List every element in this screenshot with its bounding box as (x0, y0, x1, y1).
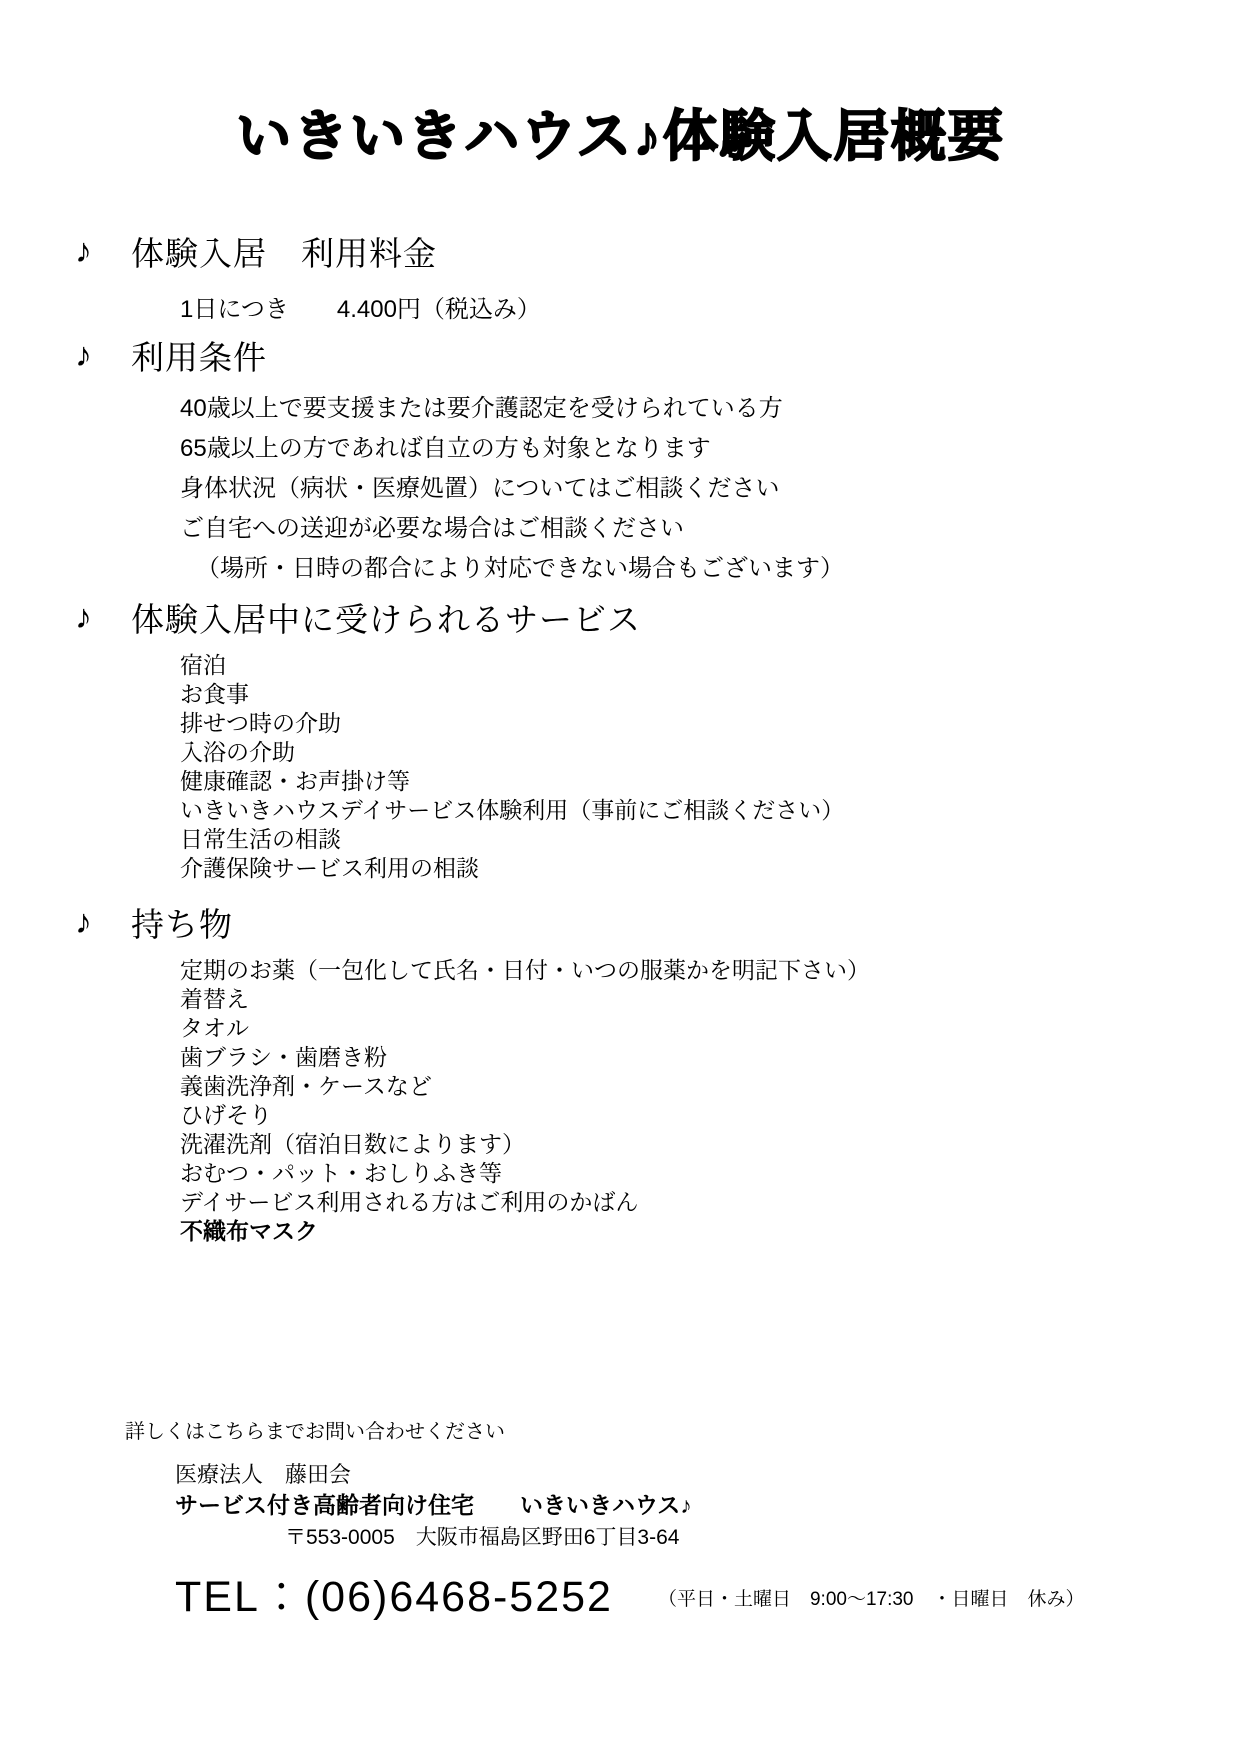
section-heading-text: 利用条件 (131, 332, 267, 379)
organization-name: 医療法人 藤田会 (175, 1458, 351, 1489)
list-item: 着替え (180, 985, 870, 1014)
list-item: デイサービス利用される方はご利用のかばん (180, 1188, 870, 1217)
list-item: タオル (180, 1014, 870, 1043)
section-heading-text: 体験入居 利用料金 (131, 228, 437, 275)
list-item: 40歳以上で要支援または要介護認定を受けられている方 (180, 389, 844, 429)
list-item: （場所・日時の都合により対応できない場合もございます） (180, 549, 844, 589)
list-item: 排せつ時の介助 (180, 709, 844, 738)
section-conditions: ♪ 利用条件 40歳以上で要支援または要介護認定を受けられている方 65歳以上の… (75, 332, 844, 589)
section-heading-text: 持ち物 (131, 899, 233, 946)
document-title: いきいきハウス♪体験入居概要 (0, 92, 1241, 171)
telephone-number: TEL：(06)6468-5252 (175, 1563, 613, 1624)
list-item: ひげそり (180, 1101, 870, 1130)
list-item: 介護保険サービス利用の相談 (180, 854, 844, 883)
list-item: 洗濯洗剤（宿泊日数によります） (180, 1130, 870, 1159)
pricing-line: 1日につき 4.400円（税込み） (180, 289, 541, 324)
list-item: お食事 (180, 680, 844, 709)
music-note-icon: ♪ (75, 232, 131, 271)
contact-note: 詳しくはこちらまでお問い合わせください (125, 1415, 505, 1444)
list-item: 定期のお薬（一包化して氏名・日付・いつの服薬かを明記下さい） (180, 956, 870, 985)
belongings-list: 定期のお薬（一包化して氏名・日付・いつの服薬かを明記下さい） 着替え タオル 歯… (180, 956, 870, 1246)
list-item: 65歳以上の方であれば自立の方も対象となります (180, 429, 844, 469)
services-list: 宿泊 お食事 排せつ時の介助 入浴の介助 健康確認・お声掛け等 いきいきハウスデ… (180, 651, 844, 883)
facility-address: 〒553-0005 大阪市福島区野田6丁目3-64 (285, 1521, 679, 1551)
list-item: 健康確認・お声掛け等 (180, 767, 844, 796)
list-item: 日常生活の相談 (180, 825, 844, 854)
section-belongings: ♪ 持ち物 定期のお薬（一包化して氏名・日付・いつの服薬かを明記下さい） 着替え… (75, 899, 870, 1246)
list-item: 入浴の介助 (180, 738, 844, 767)
list-item: おむつ・パット・おしりふき等 (180, 1159, 870, 1188)
music-note-icon: ♪ (75, 336, 131, 375)
list-item: 宿泊 (180, 651, 844, 680)
list-item: 不織布マスク (180, 1217, 870, 1246)
section-heading-pricing: ♪ 体験入居 利用料金 (75, 228, 541, 275)
list-item: いきいきハウスデイサービス体験利用（事前にご相談ください） (180, 796, 844, 825)
section-heading-conditions: ♪ 利用条件 (75, 332, 844, 379)
music-note-icon: ♪ (75, 903, 131, 942)
facility-name: サービス付き高齢者向け住宅 いきいきハウス♪ (175, 1487, 692, 1520)
section-heading-belongings: ♪ 持ち物 (75, 899, 870, 946)
list-item: 歯ブラシ・歯磨き粉 (180, 1043, 870, 1072)
section-services: ♪ 体験入居中に受けられるサービス 宿泊 お食事 排せつ時の介助 入浴の介助 健… (75, 594, 844, 883)
section-heading-text: 体験入居中に受けられるサービス (131, 594, 641, 641)
list-item: ご自宅への送迎が必要な場合はご相談ください (180, 509, 844, 549)
music-note-icon: ♪ (75, 598, 131, 637)
document-page: いきいきハウス♪体験入居概要 ♪ 体験入居 利用料金 1日につき 4.400円（… (0, 0, 1241, 1754)
business-hours: （平日・土曜日 9:00～17:30 ・日曜日 休み） (658, 1584, 1085, 1611)
section-pricing: ♪ 体験入居 利用料金 1日につき 4.400円（税込み） (75, 228, 541, 324)
list-item: 義歯洗浄剤・ケースなど (180, 1072, 870, 1101)
section-heading-services: ♪ 体験入居中に受けられるサービス (75, 594, 844, 641)
conditions-list: 40歳以上で要支援または要介護認定を受けられている方 65歳以上の方であれば自立… (180, 389, 844, 589)
list-item: 身体状況（病状・医療処置）についてはご相談ください (180, 469, 844, 509)
telephone-row: TEL：(06)6468-5252 （平日・土曜日 9:00～17:30 ・日曜… (175, 1563, 1085, 1624)
